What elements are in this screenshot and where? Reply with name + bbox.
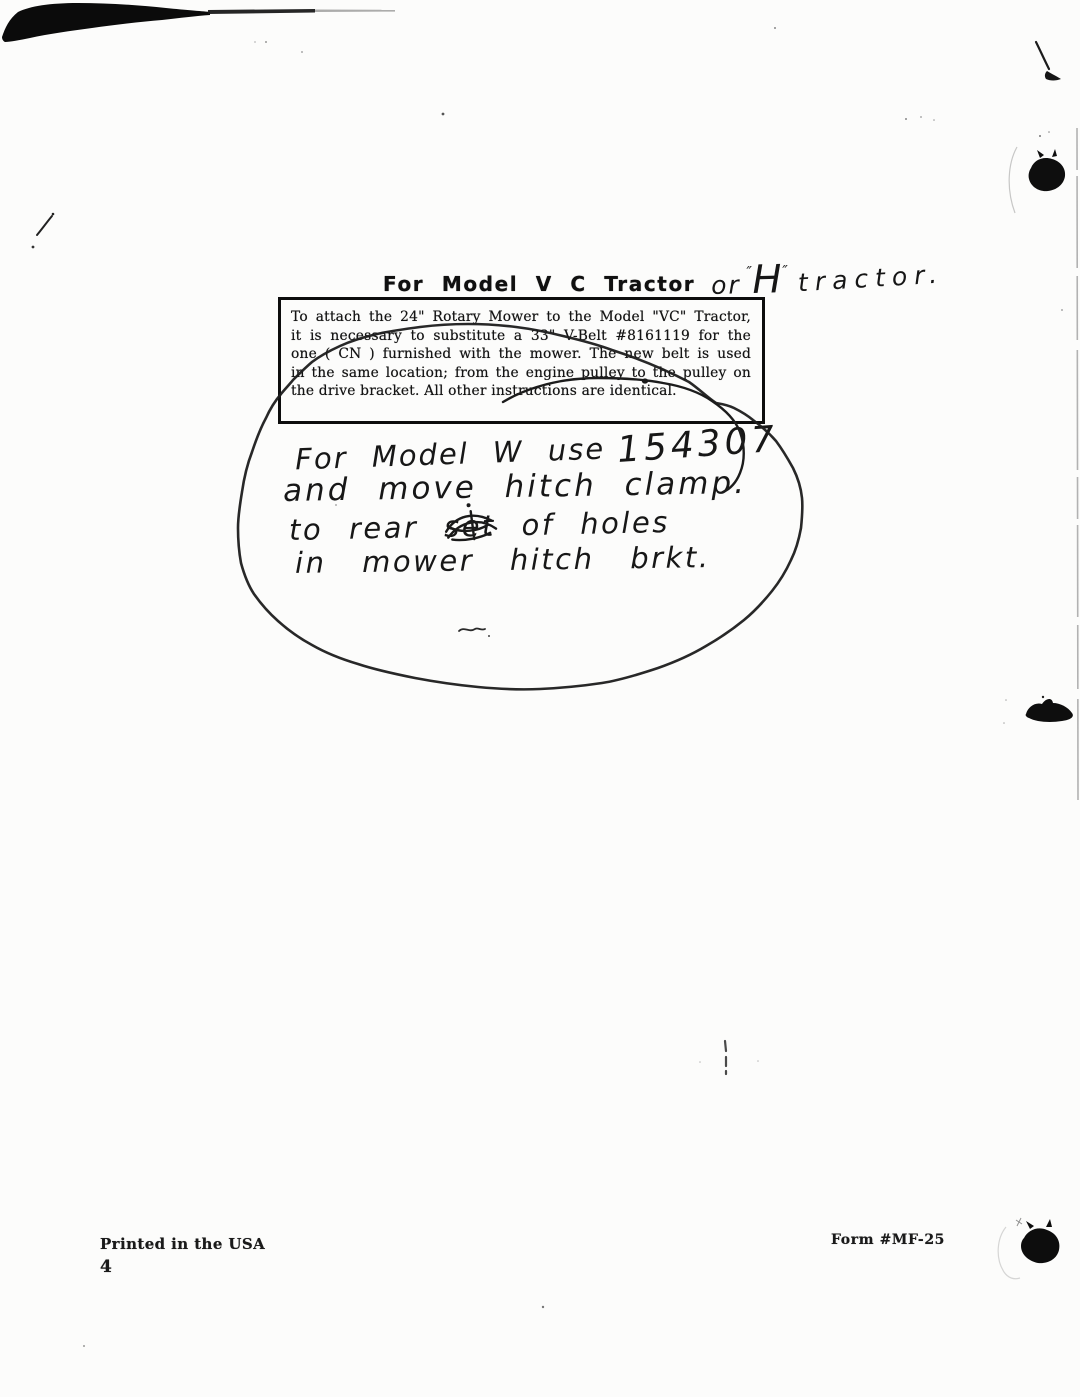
scan-speckles bbox=[83, 41, 1063, 1347]
page-title: For Model V C Tractoror ″H″tractor. bbox=[383, 256, 945, 301]
ink-smudge-bottom-right bbox=[998, 1218, 1059, 1279]
ink-dashes-lower-middle bbox=[699, 1041, 759, 1074]
instruction-line-1: To attach the 24" Rotary Mower to the Mo… bbox=[291, 308, 751, 327]
ink-smudge-mid-right bbox=[1003, 696, 1073, 724]
instruction-box: To attach the 24" Rotary Mower to the Mo… bbox=[278, 297, 765, 424]
instruction-line-4: in the same location; from the engine pu… bbox=[291, 364, 751, 383]
footer-form-number: Form #MF-25 bbox=[831, 1232, 945, 1248]
handwritten-tractor-word: tractor. bbox=[798, 259, 946, 297]
title-typed-text: For Model V C Tractor bbox=[383, 272, 695, 296]
pen-and-scan-marks bbox=[0, 0, 1080, 1397]
instruction-line-2: it is necessary to substitute a 33" V-Be… bbox=[291, 327, 751, 346]
pen-mark-left-margin bbox=[32, 213, 55, 249]
handwritten-or: or bbox=[711, 270, 741, 300]
scan-band-top bbox=[2, 3, 776, 53]
footer-printed-in-usa: Printed in the USA bbox=[100, 1235, 265, 1253]
ink-smudge-upper-right bbox=[1009, 131, 1065, 213]
footer-page-number: 4 bbox=[100, 1257, 112, 1277]
note-line-3-pre: to rear bbox=[289, 510, 419, 547]
note-line-3-post: of holes bbox=[521, 505, 670, 542]
pen-mark-top-right-corner bbox=[1036, 42, 1061, 81]
note-line-2: and move hitch clamp. bbox=[283, 465, 748, 509]
instruction-line-3: one ( CN ) furnished with the mower. The… bbox=[291, 345, 751, 364]
scan-edge-line-right bbox=[1077, 128, 1078, 800]
note-part-number: 154307 bbox=[616, 419, 780, 471]
pen-squiggle bbox=[459, 628, 490, 637]
note-line-4: in mower hitch brkt. bbox=[295, 540, 711, 580]
handwritten-close-quote: ″ bbox=[782, 262, 787, 280]
scanned-manual-page: For Model V C Tractoror ″H″tractor. To a… bbox=[0, 0, 1080, 1397]
instruction-line-5: the drive bracket. All other instruction… bbox=[291, 382, 751, 401]
scribbled-word: set bbox=[444, 509, 497, 544]
scribbled-word-text: set bbox=[444, 509, 497, 544]
